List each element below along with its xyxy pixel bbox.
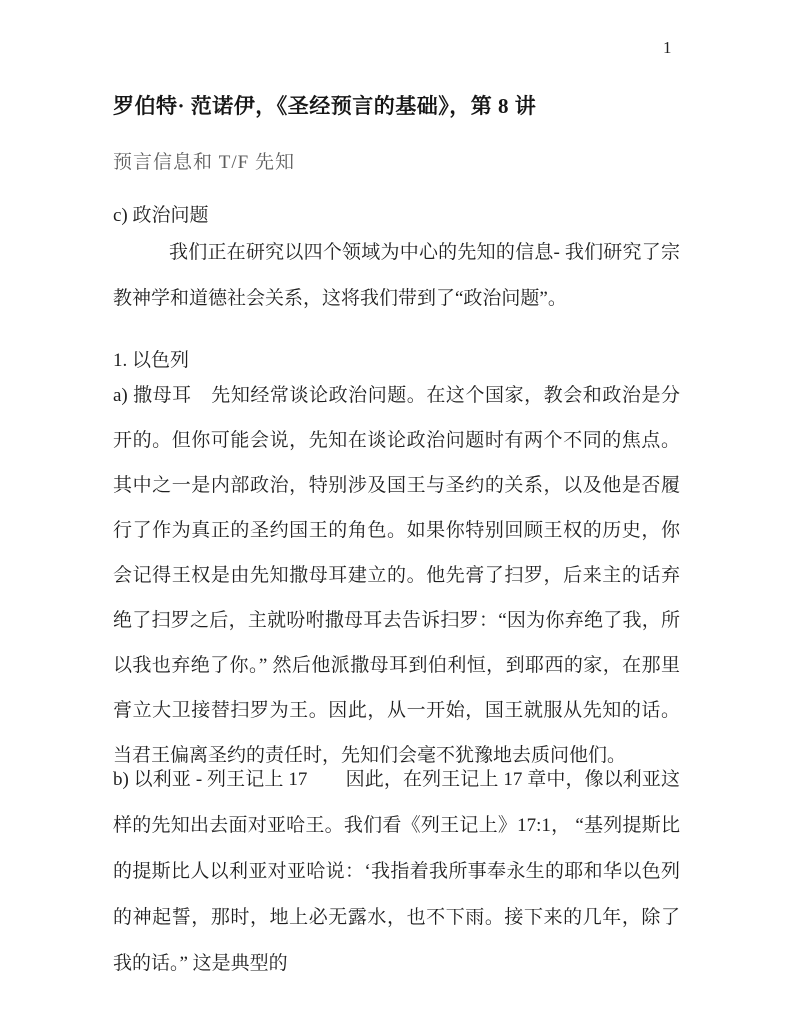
heading-political-issues: c) 政治问题 [113, 200, 679, 227]
paragraph-elijah: b) 以利亚 - 列王记上 17 因此，在列王记上 17 章中，像以利亚这样的先… [113, 757, 680, 987]
document-title: 罗伯特· 范诺伊，《圣经预言的基础》，第 8 讲 [113, 90, 679, 120]
paragraph-samuel: a) 撒母耳 先知经常谈论政治问题。在这个国家，教会和政治是分开的。但你可能会说… [113, 373, 680, 778]
paragraph-intro: 我们正在研究以四个领域为中心的先知的信息- 我们研究了宗教神学和道德社会关系，这… [113, 230, 680, 322]
page-number: 1 [663, 38, 672, 58]
heading-israel: 1. 以色列 [113, 345, 679, 372]
document-page: 1 罗伯特· 范诺伊，《圣经预言的基础》，第 8 讲 预言信息和 T/F 先知 … [0, 0, 791, 1024]
document-subtitle: 预言信息和 T/F 先知 [113, 147, 679, 174]
